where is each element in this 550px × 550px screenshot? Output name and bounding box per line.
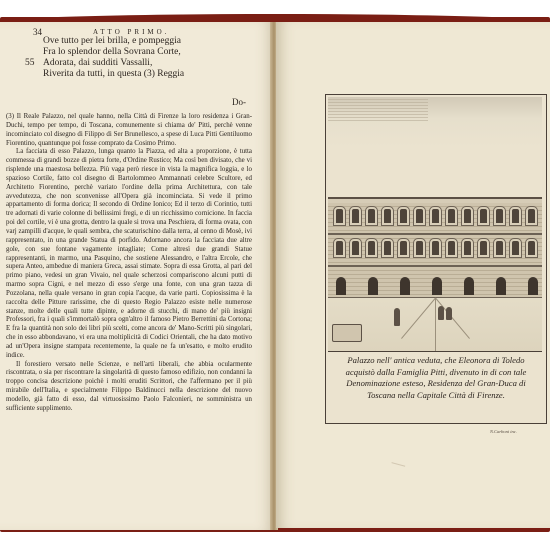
verse-line-number: 55 <box>25 58 35 69</box>
verse-line: 55 Adorata, dai sudditi Vassalli, <box>25 58 255 69</box>
pavement-line <box>401 298 436 339</box>
palace-window <box>430 239 441 257</box>
palace-window <box>398 207 409 225</box>
palace-window <box>494 239 505 257</box>
verse-text: Ove tutto per lei brilla, e pompeggia <box>43 36 181 46</box>
engraver-signature: N.Carboni inc. <box>490 429 517 434</box>
carriage-figure <box>332 324 362 342</box>
verse-line: Fra lo splendor della Sovrana Corte, <box>25 47 255 58</box>
pavement-line <box>435 298 436 351</box>
verse-line: Riverita da tutti, in questa (3) Reggia <box>25 69 255 80</box>
palace-window <box>366 207 377 225</box>
palace-window <box>334 239 345 257</box>
footnote-paragraph: La facciata di esso Palazzo, lunga quant… <box>6 148 252 360</box>
palace-window <box>446 207 457 225</box>
person-figure <box>438 306 444 320</box>
palace-window <box>446 239 457 257</box>
palace-window <box>366 239 377 257</box>
palace-arch <box>336 277 346 295</box>
palace-arch <box>528 277 538 295</box>
palace-window <box>414 207 425 225</box>
palace-arch <box>464 277 474 295</box>
palazzo-pitti-facade <box>328 197 542 299</box>
sky-hatching <box>328 99 428 121</box>
verse-text: Fra lo splendor della Sovrana Corte, <box>43 47 181 57</box>
palace-window <box>510 239 521 257</box>
piazza <box>328 298 542 352</box>
palace-arch <box>400 277 410 295</box>
palace-window <box>430 207 441 225</box>
running-title: ATTO PRIMO. <box>93 28 169 36</box>
palace-window <box>334 207 345 225</box>
palace-window <box>478 239 489 257</box>
person-figure <box>394 308 400 326</box>
engraving-plate: Palazzo nell' antica veduta, che Eleonor… <box>325 94 547 424</box>
palace-window <box>382 207 393 225</box>
person-figure <box>446 307 452 320</box>
palace-window <box>350 239 361 257</box>
palace-window <box>382 239 393 257</box>
palace-window <box>414 239 425 257</box>
palace-arch <box>368 277 378 295</box>
palace-window <box>462 239 473 257</box>
palace-window <box>350 207 361 225</box>
palace-arch <box>432 277 442 295</box>
palace-window <box>526 207 537 225</box>
catchword: Do- <box>232 97 246 107</box>
palace-window <box>398 239 409 257</box>
palace-window <box>478 207 489 225</box>
footnote-paragraph: (3) Il Reale Palazzo, nel quale hanno, n… <box>6 113 252 148</box>
verse-text: Adorata, dai sudditi Vassalli, <box>43 58 152 68</box>
palace-arch <box>496 277 506 295</box>
palace-window <box>462 207 473 225</box>
verse-text: Riverita da tutti, in questa (3) Reggia <box>43 69 184 79</box>
palace-window <box>526 239 537 257</box>
footnote-paragraph: Il forestiero versato nelle Scienze, e n… <box>6 361 252 414</box>
palace-window <box>510 207 521 225</box>
footnotes: (3) Il Reale Palazzo, nel quale hanno, n… <box>6 113 252 414</box>
verse-block: Ove tutto per lei brilla, e pompeggia Fr… <box>25 36 255 80</box>
verse-line: Ove tutto per lei brilla, e pompeggia <box>25 36 255 47</box>
palace-window <box>494 207 505 225</box>
plate-caption: Palazzo nell' antica veduta, che Eleonor… <box>332 355 540 401</box>
